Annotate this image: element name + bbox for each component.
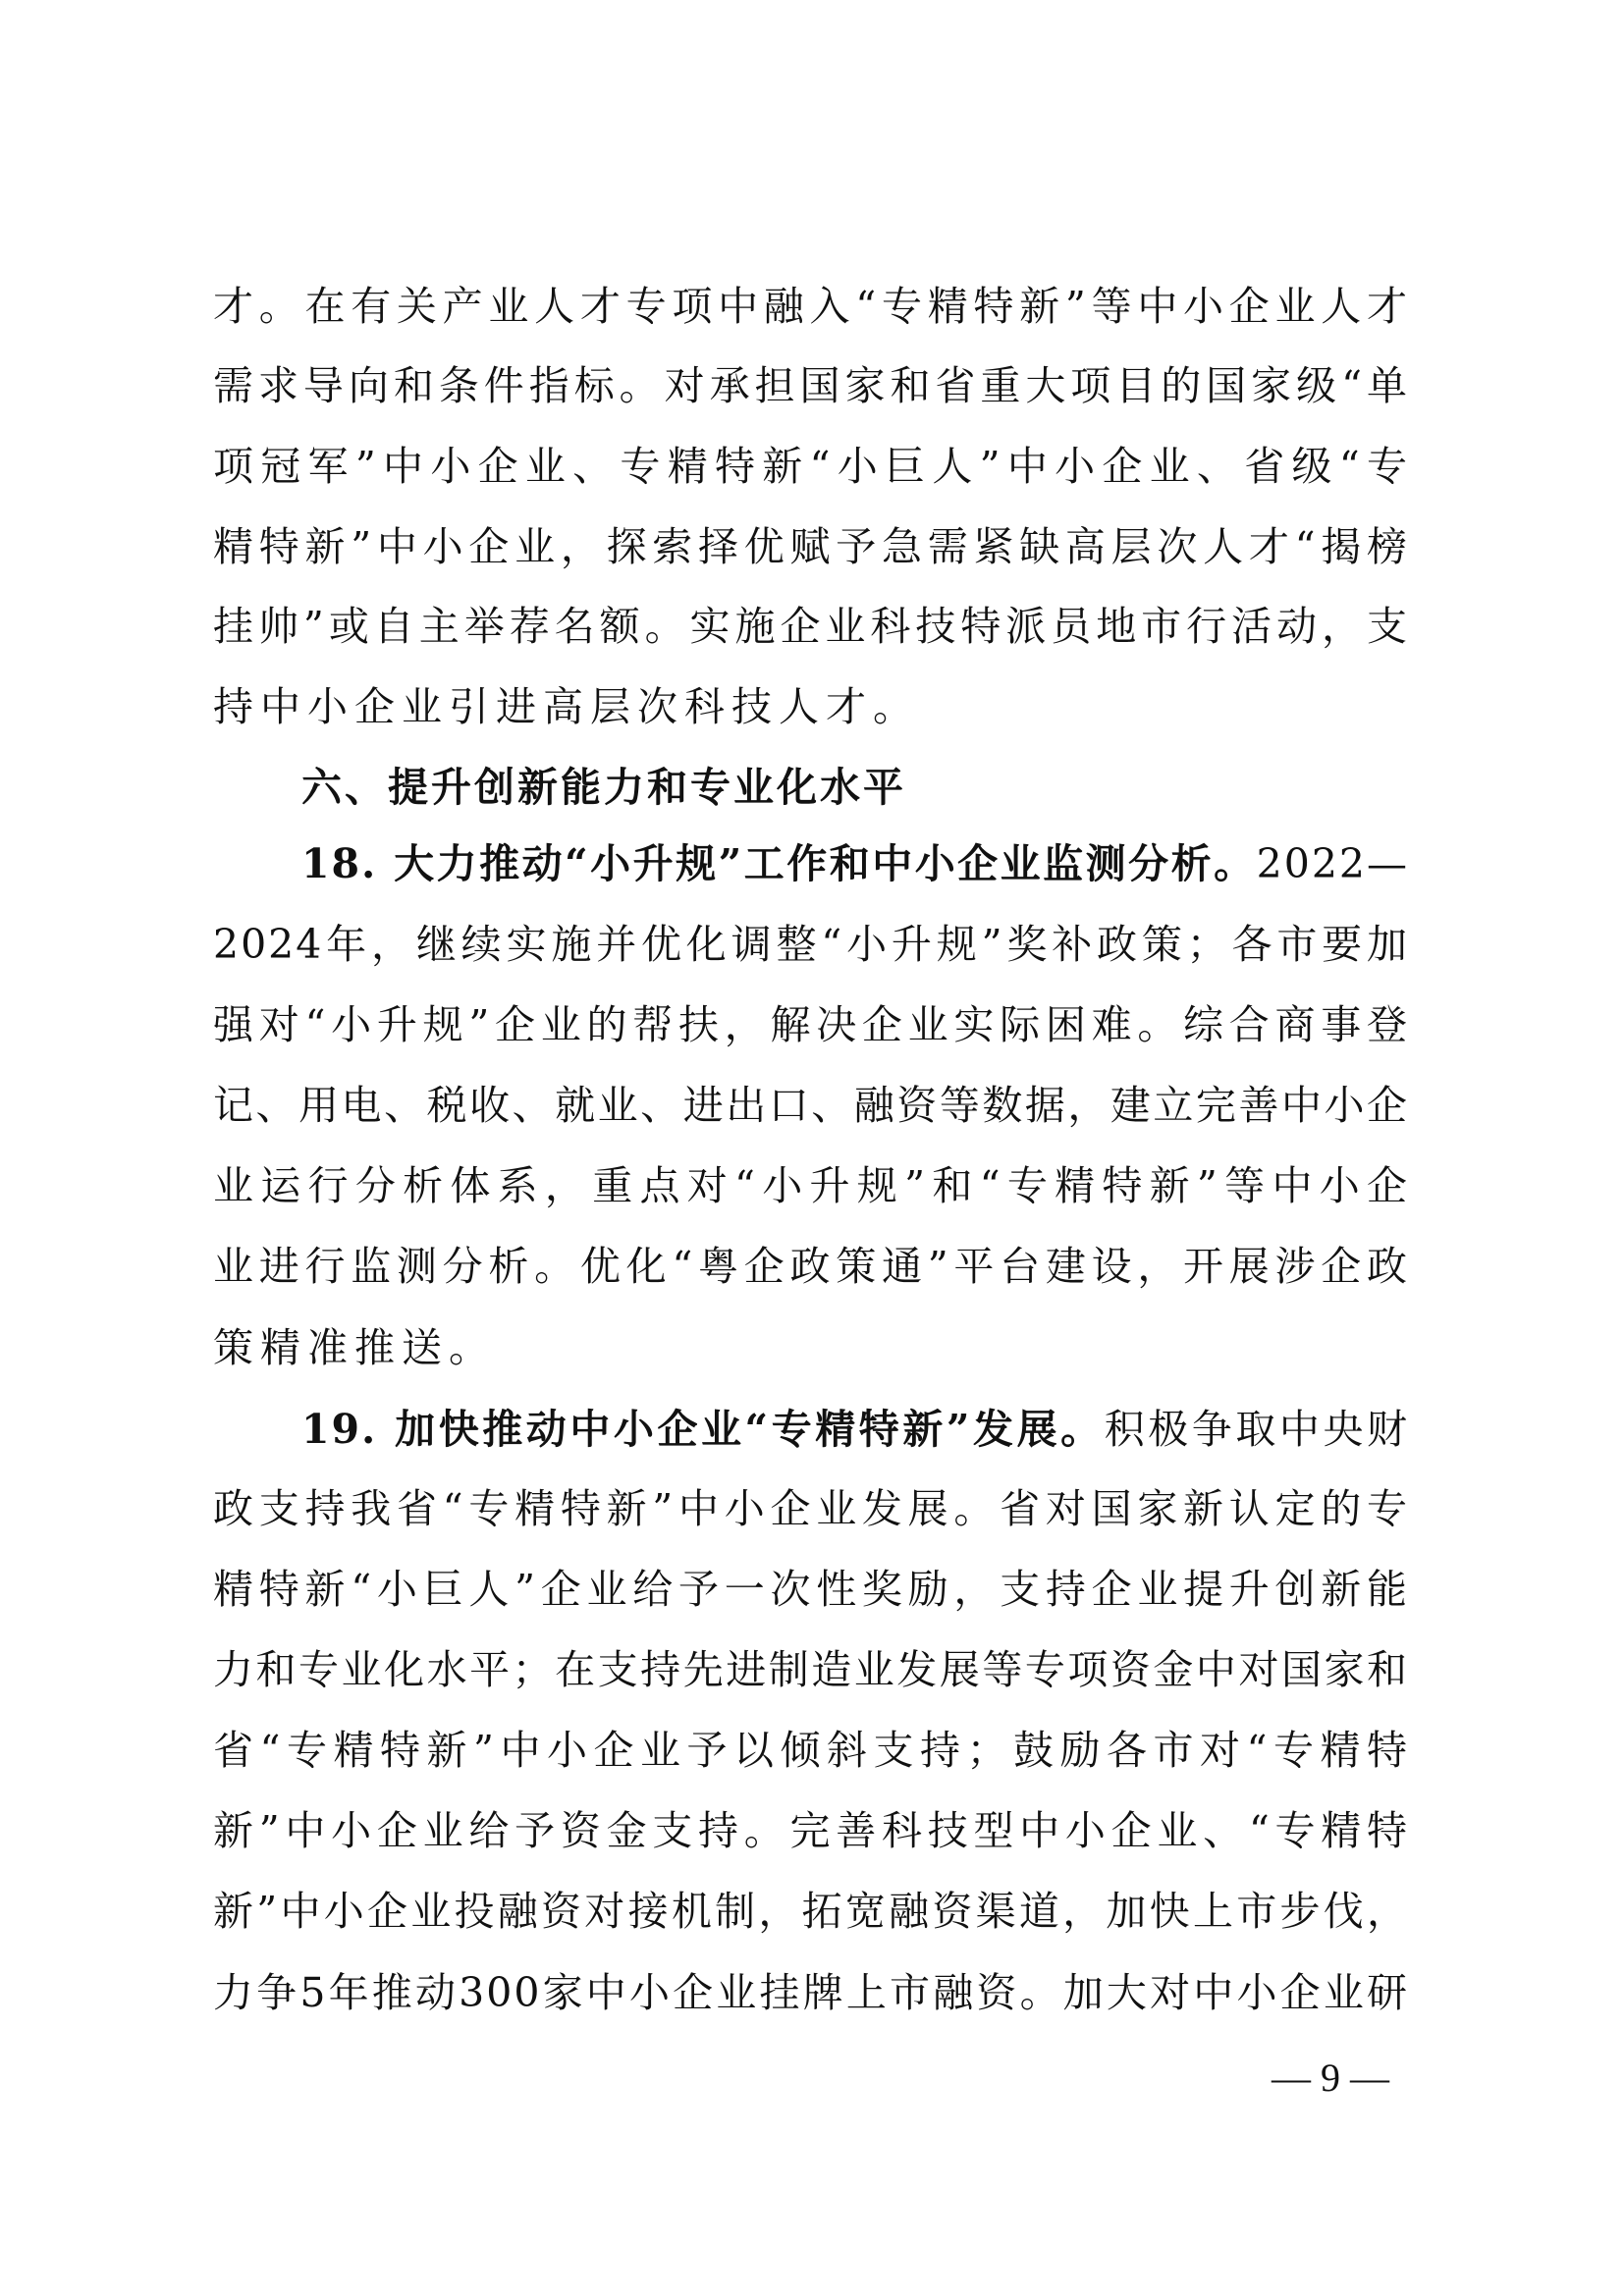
body-text-line: 持中小企业引进高层次科技人才。	[213, 677, 1409, 736]
item-19-first-line: 19. 加快推动中小企业“专精特新”发展。积极争取中央财	[301, 1400, 1409, 1459]
body-text-line: 才。在有关产业人才专项中融入“专精特新”等中小企业人才	[213, 277, 1409, 336]
body-text-line: 项冠军”中小企业、专精特新“小巨人”中小企业、省级“专	[213, 437, 1409, 496]
body-text-line: 业运行分析体系，重点对“小升规”和“专精特新”等中小企	[213, 1156, 1409, 1215]
body-text-line: 精特新“小巨人”企业给予一次性奖励，支持企业提升创新能	[213, 1560, 1409, 1619]
item-19-title: 19. 加快推动中小企业“专精特新”发展。	[301, 1406, 1105, 1453]
item-19-first-line-rest: 积极争取中央财	[1105, 1406, 1409, 1453]
document-page: 才。在有关产业人才专项中融入“专精特新”等中小企业人才 需求导向和条件指标。对承…	[0, 0, 1624, 2296]
item-18-first-line: 18. 大力推动“小升规”工作和中小企业监测分析。2022—	[301, 834, 1409, 893]
body-text-line: 挂帅”或自主举荐名额。实施企业科技特派员地市行活动，支	[213, 597, 1409, 656]
section-heading: 六、提升创新能力和专业化水平	[301, 758, 1409, 817]
body-text-line: 策精准推送。	[213, 1318, 1409, 1377]
body-text-line: 2024年，继续实施并优化调整“小升规”奖补政策；各市要加	[213, 915, 1409, 974]
item-18-first-line-rest: 2022—	[1257, 840, 1409, 887]
body-text-line: 强对“小升规”企业的帮扶，解决企业实际困难。综合商事登	[213, 995, 1409, 1054]
body-text-line: 力争5年推动300家中小企业挂牌上市融资。加大对中小企业研	[213, 1963, 1409, 2022]
body-text-line: 新”中小企业给予资金支持。完善科技型中小企业、“专精特	[213, 1801, 1409, 1860]
item-18-title: 18. 大力推动“小升规”工作和中小企业监测分析。	[301, 840, 1257, 887]
body-text-line: 政支持我省“专精特新”中小企业发展。省对国家新认定的专	[213, 1479, 1409, 1538]
body-text-line: 记、用电、税收、就业、进出口、融资等数据，建立完善中小企	[213, 1076, 1409, 1135]
body-text-line: 力和专业化水平；在支持先进制造业发展等专项资金中对国家和	[213, 1640, 1409, 1699]
body-text-line: 省“专精特新”中小企业予以倾斜支持；鼓励各市对“专精特	[213, 1721, 1409, 1780]
body-text-line: 新”中小企业投融资对接机制，拓宽融资渠道，加快上市步伐，	[213, 1882, 1409, 1941]
page-number: — 9 —	[1227, 2054, 1434, 2103]
body-text-line: 业进行监测分析。优化“粤企政策通”平台建设，开展涉企政	[213, 1237, 1409, 1296]
body-text-line: 需求导向和条件指标。对承担国家和省重大项目的国家级“单	[213, 356, 1409, 415]
body-text-line: 精特新”中小企业，探索择优赋予急需紧缺高层次人才“揭榜	[213, 517, 1409, 576]
